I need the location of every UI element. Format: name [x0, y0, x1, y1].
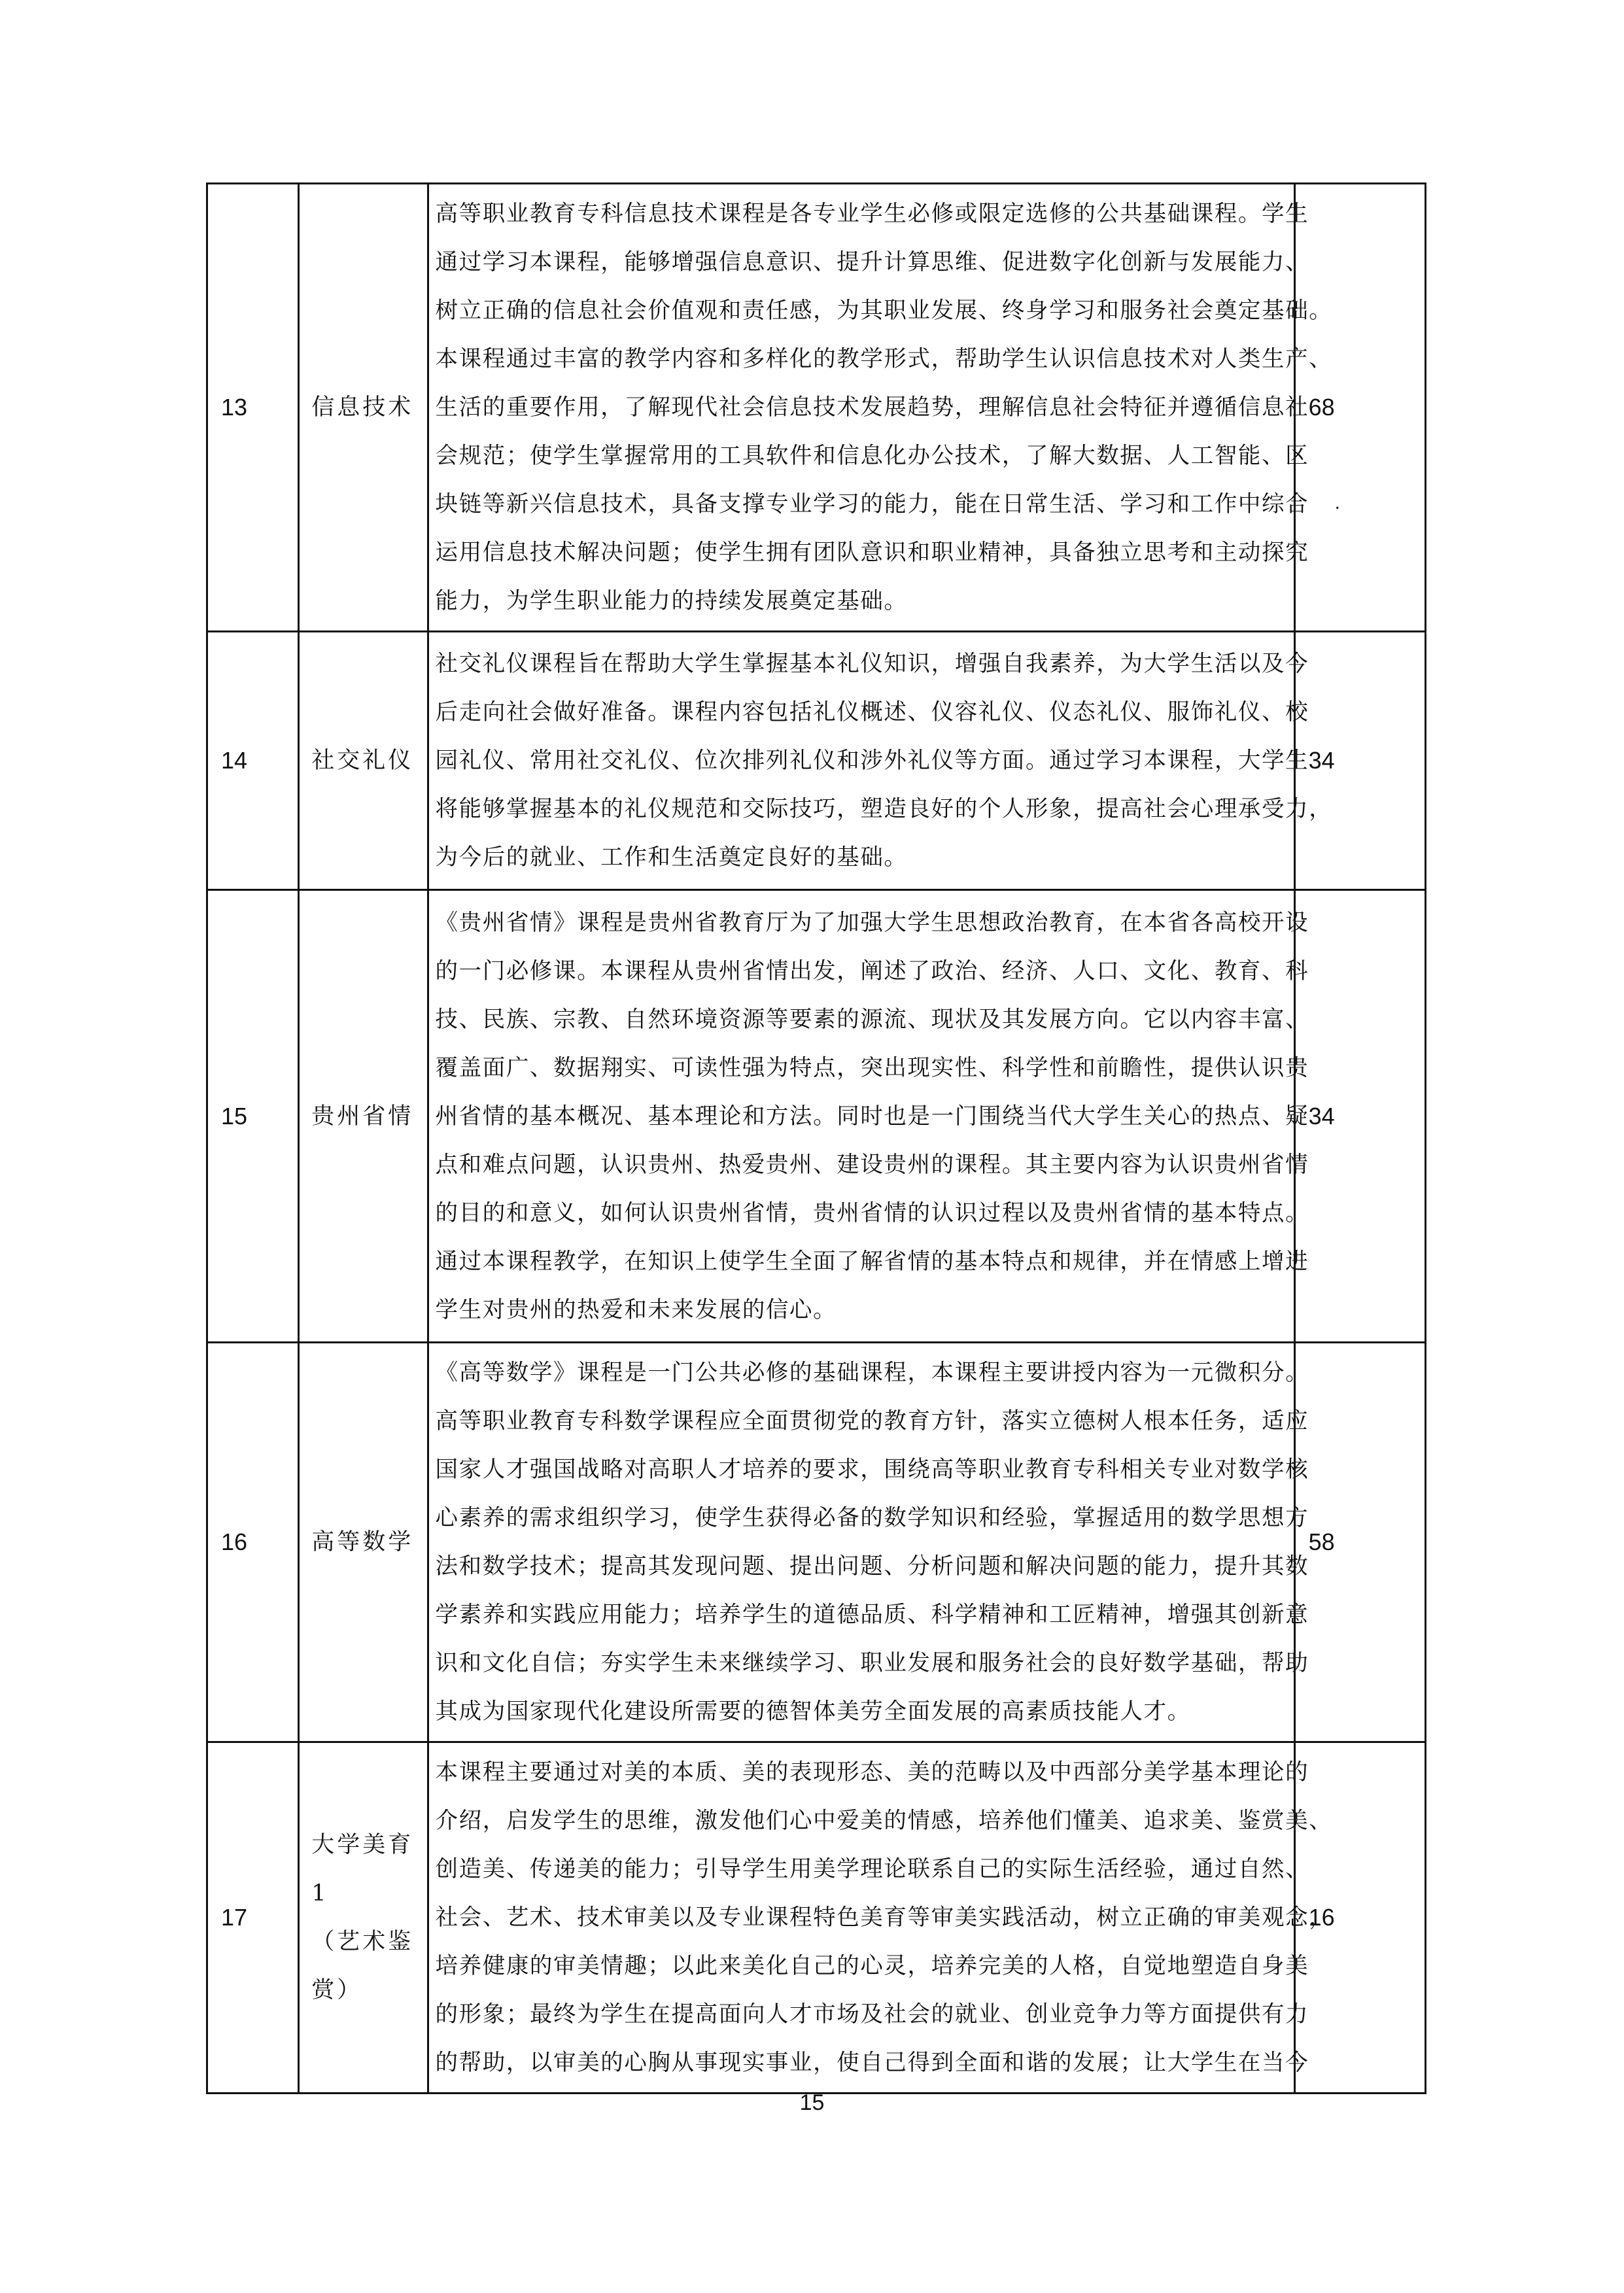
description-line: 高等职业教育专科数学课程应全面贯彻党的教育方针，落实立德树人根本任务，适应 — [436, 1397, 1290, 1445]
course-number: 17 — [207, 1742, 299, 2094]
course-number: 13 — [207, 184, 299, 632]
description-line: 本课程通过丰富的教学内容和多样化的教学形式，帮助学生认识信息技术对人类生产、 — [436, 335, 1290, 383]
page-number: 15 — [0, 2090, 1624, 2116]
description-line: 的形象；最终为学生在提高面向人才市场及社会的就业、创业竞争力等方面提供有力 — [436, 1990, 1290, 2039]
course-row: 17大学美育 1（艺术鉴赏）本课程主要通过对美的本质、美的表现形态、美的范畴以及… — [207, 1742, 1426, 2094]
description-line: 本课程主要通过对美的本质、美的表现形态、美的范畴以及中西部分美学基本理论的 — [436, 1748, 1290, 1797]
course-name: 贵州省情 — [299, 890, 428, 1343]
description-line: 《高等数学》课程是一门公共必修的基础课程，本课程主要讲授内容为一元微积分。 — [436, 1349, 1290, 1397]
description-line: 覆盖面广、数据翔实、可读性强为特点，突出现实性、科学性和前瞻性，提供认识贵 — [436, 1044, 1290, 1092]
course-name-line: 赏） — [311, 1966, 426, 2014]
course-name: 信息技术 — [299, 184, 428, 632]
course-description: 《高等数学》课程是一门公共必修的基础课程，本课程主要讲授内容为一元微积分。高等职… — [428, 1343, 1294, 1742]
description-line: 其成为国家现代化建设所需要的德智体美劳全面发展的高素质技能人才。 — [436, 1687, 1290, 1736]
description-line: 识和文化自信；夯实学生未来继续学习、职业发展和服务社会的良好数学基础，帮助 — [436, 1639, 1290, 1687]
description-line: 树立正确的信息社会价值观和责任感，为其职业发展、终身学习和服务社会奠定基础。 — [436, 286, 1290, 335]
description-line: 社会、艺术、技术审美以及专业课程特色美育等审美实践活动，树立正确的审美观念， — [436, 1893, 1290, 1942]
description-line: 生活的重要作用，了解现代社会信息技术发展趋势，理解信息社会特征并遵循信息社 — [436, 383, 1290, 432]
description-line: 为今后的就业、工作和生活奠定良好的基础。 — [436, 833, 1290, 882]
course-name: 大学美育 1（艺术鉴赏） — [299, 1742, 428, 2094]
course-number: 14 — [207, 632, 299, 890]
course-row: 14社交礼仪社交礼仪课程旨在帮助大学生掌握基本礼仪知识，增强自我素养，为大学生活… — [207, 632, 1426, 890]
description-line: 国家人才强国战略对高职人才培养的要求，围绕高等职业教育专科相关专业对数学核 — [436, 1445, 1290, 1494]
description-line: 后走向社会做好准备。课程内容包括礼仪概述、仪容礼仪、仪态礼仪、服饰礼仪、校 — [436, 688, 1290, 736]
course-description: 《贵州省情》课程是贵州省教育厅为了加强大学生思想政治教育，在本省各高校开设的一门… — [428, 890, 1294, 1343]
course-number: 15 — [207, 890, 299, 1343]
course-number: 16 — [207, 1343, 299, 1742]
description-line: 园礼仪、常用社交礼仪、位次排列礼仪和涉外礼仪等方面。通过学习本课程，大学生 — [436, 736, 1290, 785]
course-hours: 58 — [1294, 1343, 1425, 1742]
description-line: 州省情的基本概况、基本理论和方法。同时也是一门围绕当代大学生关心的热点、疑 — [436, 1092, 1290, 1141]
course-name-line: 贵州省情 — [311, 1092, 426, 1141]
description-line: 心素养的需求组织学习，使学生获得必备的数学知识和经验，掌握适用的数学思想方 — [436, 1494, 1290, 1542]
course-hours: 34 — [1294, 890, 1425, 1343]
course-name: 社交礼仪 — [299, 632, 428, 890]
description-line: 介绍，启发学生的思维，激发他们心中爱美的情感，培养他们懂美、追求美、鉴赏美、 — [436, 1797, 1290, 1845]
description-line: 通过本课程教学，在知识上使学生全面了解省情的基本特点和规律，并在情感上增进 — [436, 1237, 1290, 1286]
course-name-line: 社交礼仪 — [311, 736, 426, 785]
description-line: 培养健康的审美情趣；以此来美化自己的心灵，培养完美的人格，自觉地塑造自身美 — [436, 1942, 1290, 1990]
description-line: 学生对贵州的热爱和未来发展的信心。 — [436, 1286, 1290, 1334]
description-line: 的帮助，以审美的心胸从事现实事业，使自己得到全面和谐的发展；让大学生在当今 — [436, 2039, 1290, 2087]
description-line: 学素养和实践应用能力；培养学生的道德品质、科学精神和工匠精神，增强其创新意 — [436, 1591, 1290, 1639]
hours-value: 16 — [1309, 1904, 1335, 1931]
description-line: 高等职业教育专科信息技术课程是各专业学生必修或限定选修的公共基础课程。学生 — [436, 190, 1290, 238]
course-name-line: 信息技术 — [311, 383, 426, 432]
description-line: 的目的和意义，如何认识贵州省情，贵州省情的认识过程以及贵州省情的基本特点。 — [436, 1189, 1290, 1237]
course-name-line: 高等数学 — [311, 1518, 426, 1566]
description-line: 《贵州省情》课程是贵州省教育厅为了加强大学生思想政治教育，在本省各高校开设 — [436, 899, 1290, 947]
description-line: 技、民族、宗教、自然环境资源等要素的源流、现状及其发展方向。它以内容丰富、 — [436, 995, 1290, 1044]
course-name-line: 大学美育 1 — [311, 1821, 426, 1918]
hours-value: 58 — [1309, 1528, 1335, 1555]
description-line: 点和难点问题，认识贵州、热爱贵州、建设贵州的课程。其主要内容为认识贵州省情 — [436, 1141, 1290, 1189]
description-line: 通过学习本课程，能够增强信息意识、提升计算思维、促进数字化创新与发展能力、 — [436, 238, 1290, 286]
description-line: 块链等新兴信息技术，具备支撑专业学习的能力，能在日常生活、学习和工作中综合 — [436, 480, 1290, 528]
hours-mark: . — [1335, 492, 1340, 514]
description-line: 运用信息技术解决问题；使学生拥有团队意识和职业精神，具备独立思考和主动探究 — [436, 528, 1290, 577]
course-name: 高等数学 — [299, 1343, 428, 1742]
course-row: 15贵州省情《贵州省情》课程是贵州省教育厅为了加强大学生思想政治教育，在本省各高… — [207, 890, 1426, 1343]
course-row: 16高等数学《高等数学》课程是一门公共必修的基础课程，本课程主要讲授内容为一元微… — [207, 1343, 1426, 1742]
course-hours: 34 — [1294, 632, 1425, 890]
description-line: 能力，为学生职业能力的持续发展奠定基础。 — [436, 577, 1290, 625]
course-hours: 68. — [1294, 184, 1425, 632]
course-hours: 16 — [1294, 1742, 1425, 2094]
course-description: 社交礼仪课程旨在帮助大学生掌握基本礼仪知识，增强自我素养，为大学生活以及今后走向… — [428, 632, 1294, 890]
course-table-body: 13信息技术高等职业教育专科信息技术课程是各专业学生必修或限定选修的公共基础课程… — [207, 184, 1426, 2094]
course-table: 13信息技术高等职业教育专科信息技术课程是各专业学生必修或限定选修的公共基础课程… — [206, 182, 1426, 2094]
description-line: 创造美、传递美的能力；引导学生用美学理论联系自己的实际生活经验，通过自然、 — [436, 1845, 1290, 1893]
description-line: 将能够掌握基本的礼仪规范和交际技巧，塑造良好的个人形象，提高社会心理承受力， — [436, 785, 1290, 833]
hours-value: 34 — [1309, 747, 1335, 774]
description-line: 社交礼仪课程旨在帮助大学生掌握基本礼仪知识，增强自我素养，为大学生活以及今 — [436, 640, 1290, 688]
course-description: 本课程主要通过对美的本质、美的表现形态、美的范畴以及中西部分美学基本理论的介绍，… — [428, 1742, 1294, 2094]
hours-value: 34 — [1309, 1103, 1335, 1129]
course-description: 高等职业教育专科信息技术课程是各专业学生必修或限定选修的公共基础课程。学生通过学… — [428, 184, 1294, 632]
description-line: 法和数学技术；提高其发现问题、提出问题、分析问题和解决问题的能力，提升其数 — [436, 1542, 1290, 1591]
description-line: 的一门必修课。本课程从贵州省情出发，阐述了政治、经济、人口、文化、教育、科 — [436, 947, 1290, 995]
hours-value: 68 — [1309, 394, 1335, 421]
course-row: 13信息技术高等职业教育专科信息技术课程是各专业学生必修或限定选修的公共基础课程… — [207, 184, 1426, 632]
course-name-line: （艺术鉴 — [311, 1918, 426, 1966]
description-line: 会规范；使学生掌握常用的工具软件和信息化办公技术，了解大数据、人工智能、区 — [436, 432, 1290, 480]
